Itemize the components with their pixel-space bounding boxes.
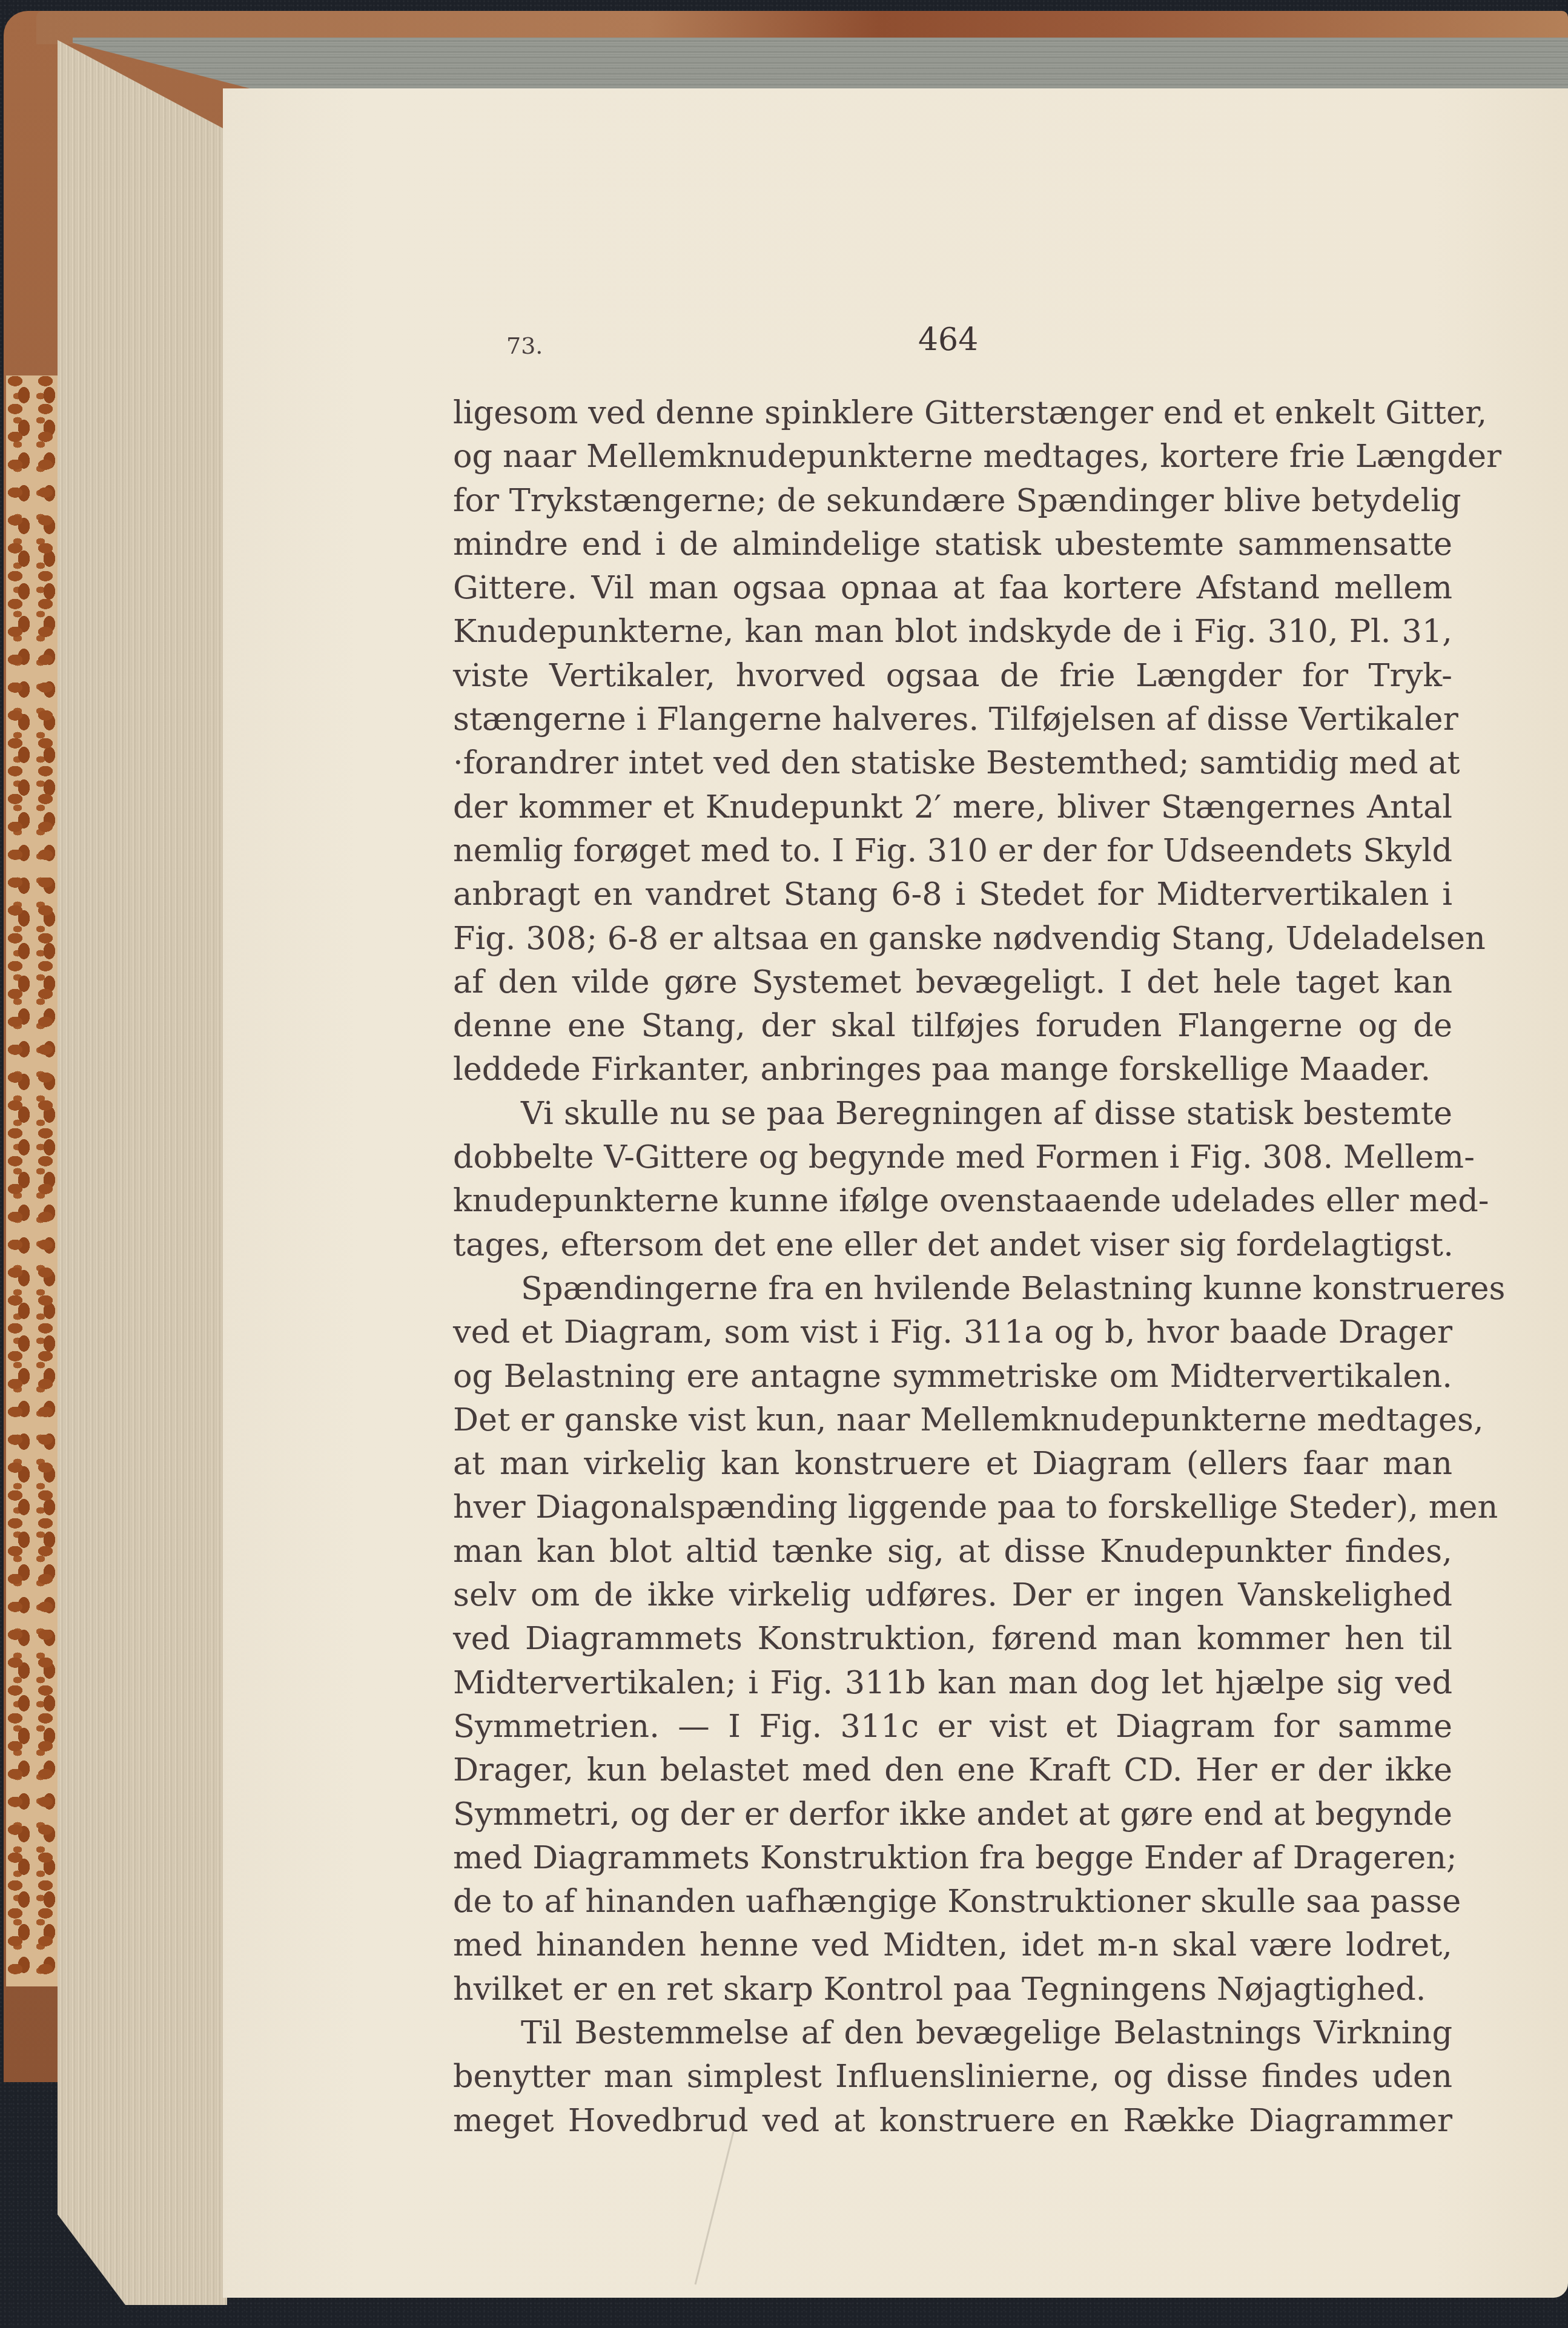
text-line: og naar Mellemknudepunkterne medtages, k… xyxy=(453,435,1452,478)
paper-scratch-mark xyxy=(695,2131,735,2284)
text-line: af den vilde gøre Systemet bevægeligt. I… xyxy=(453,961,1452,1004)
paragraph: ligesom ved denne spinklere Gitterstænge… xyxy=(453,391,1452,1092)
text-line: for Trykstængerne; de sekundære Spænding… xyxy=(453,479,1452,523)
text-line: Vi skulle nu se paa Beregningen af disse… xyxy=(453,1092,1452,1136)
text-line: Knudepunkterne, kan man blot indskyde de… xyxy=(453,610,1452,653)
text-line: Til Bestemmelse af den bevægelige Belast… xyxy=(453,2011,1452,2055)
text-line: Drager, kun belastet med den ene Kraft C… xyxy=(453,1748,1452,1792)
text-line: med Diagrammets Konstruktion fra begge E… xyxy=(453,1836,1452,1880)
body-text: ligesom ved denne spinklere Gitterstænge… xyxy=(453,391,1452,2143)
text-line: Symmetrien. — I Fig. 311c er vist et Dia… xyxy=(453,1705,1452,1748)
text-line: selv om de ikke virkelig udføres. Der er… xyxy=(453,1573,1452,1617)
text-line: de to af hinanden uafhængige Konstruktio… xyxy=(453,1880,1452,1923)
text-line: Symmetri, og der er derfor ikke andet at… xyxy=(453,1793,1452,1836)
marbled-endpaper xyxy=(6,375,58,1986)
text-line: denne ene Stang, der skal tilføjes forud… xyxy=(453,1004,1452,1048)
text-line: Gittere. Vil man ogsaa opnaa at faa kort… xyxy=(453,566,1452,610)
page-block-left-edge xyxy=(58,40,227,2305)
running-header: 73. 464 xyxy=(223,322,1568,364)
paragraph: Til Bestemmelse af den bevægelige Belast… xyxy=(453,2011,1452,2143)
text-line: anbragt en vandret Stang 6-8 i Stedet fo… xyxy=(453,873,1452,916)
text-line: hver Diagonalspænding liggende paa to fo… xyxy=(453,1486,1452,1529)
text-line: ved et Diagram, som vist i Fig. 311a og … xyxy=(453,1311,1452,1354)
text-line: og Belastning ere antagne symmetriske om… xyxy=(453,1355,1452,1398)
text-line: man kan blot altid tænke sig, at disse K… xyxy=(453,1530,1452,1573)
text-line: Fig. 308; 6-8 er altsaa en ganske nødven… xyxy=(453,917,1452,961)
text-line: hvilket er en ret skarp Kontrol paa Tegn… xyxy=(453,1968,1452,2011)
text-line: nemlig forøget med to. I Fig. 310 er der… xyxy=(453,829,1452,873)
text-line: at man virkelig kan konstruere et Diagra… xyxy=(453,1442,1452,1486)
paragraph: Vi skulle nu se paa Beregningen af disse… xyxy=(453,1092,1452,1267)
paragraph: Spændingerne fra en hvilende Belastning … xyxy=(453,1267,1452,2011)
text-line: der kommer et Knudepunkt 2′ mere, bliver… xyxy=(453,785,1452,829)
page-block-top-edge xyxy=(73,38,1568,89)
text-line: tages, eftersom det ene eller det andet … xyxy=(453,1223,1452,1267)
text-line: stængerne i Flangerne halveres. Tilføjel… xyxy=(453,698,1452,741)
text-line: mindre end i de almindelige statisk ubes… xyxy=(453,523,1452,566)
text-line: Midtervertikalen; i Fig. 311b kan man do… xyxy=(453,1661,1452,1705)
text-line: viste Vertikaler, hvorved ogsaa de frie … xyxy=(453,654,1452,698)
text-line: dobbelte V-Gittere og begynde med Formen… xyxy=(453,1136,1452,1179)
text-line: Det er ganske vist kun, naar Mellemknude… xyxy=(453,1398,1452,1442)
text-line: ·forandrer intet ved den statiske Bestem… xyxy=(453,741,1452,785)
page-number: 464 xyxy=(918,322,978,358)
text-line: benytter man simplest Influenslinierne, … xyxy=(453,2055,1452,2098)
book-page: 73. 464 ligesom ved denne spinklere Gitt… xyxy=(223,88,1568,2298)
text-line: Spændingerne fra en hvilende Belastning … xyxy=(453,1267,1452,1311)
text-line: ligesom ved denne spinklere Gitterstænge… xyxy=(453,391,1452,435)
text-line: knudepunkterne kunne ifølge ovenstaaende… xyxy=(453,1179,1452,1223)
section-number: 73. xyxy=(506,332,543,359)
text-line: meget Hovedbrud ved at konstruere en Ræk… xyxy=(453,2099,1452,2143)
text-line: leddede Firkanter, anbringes paa mange f… xyxy=(453,1048,1452,1091)
text-line: med hinanden henne ved Midten, idet m-n … xyxy=(453,1923,1452,1967)
text-line: ved Diagrammets Konstruktion, førend man… xyxy=(453,1617,1452,1661)
